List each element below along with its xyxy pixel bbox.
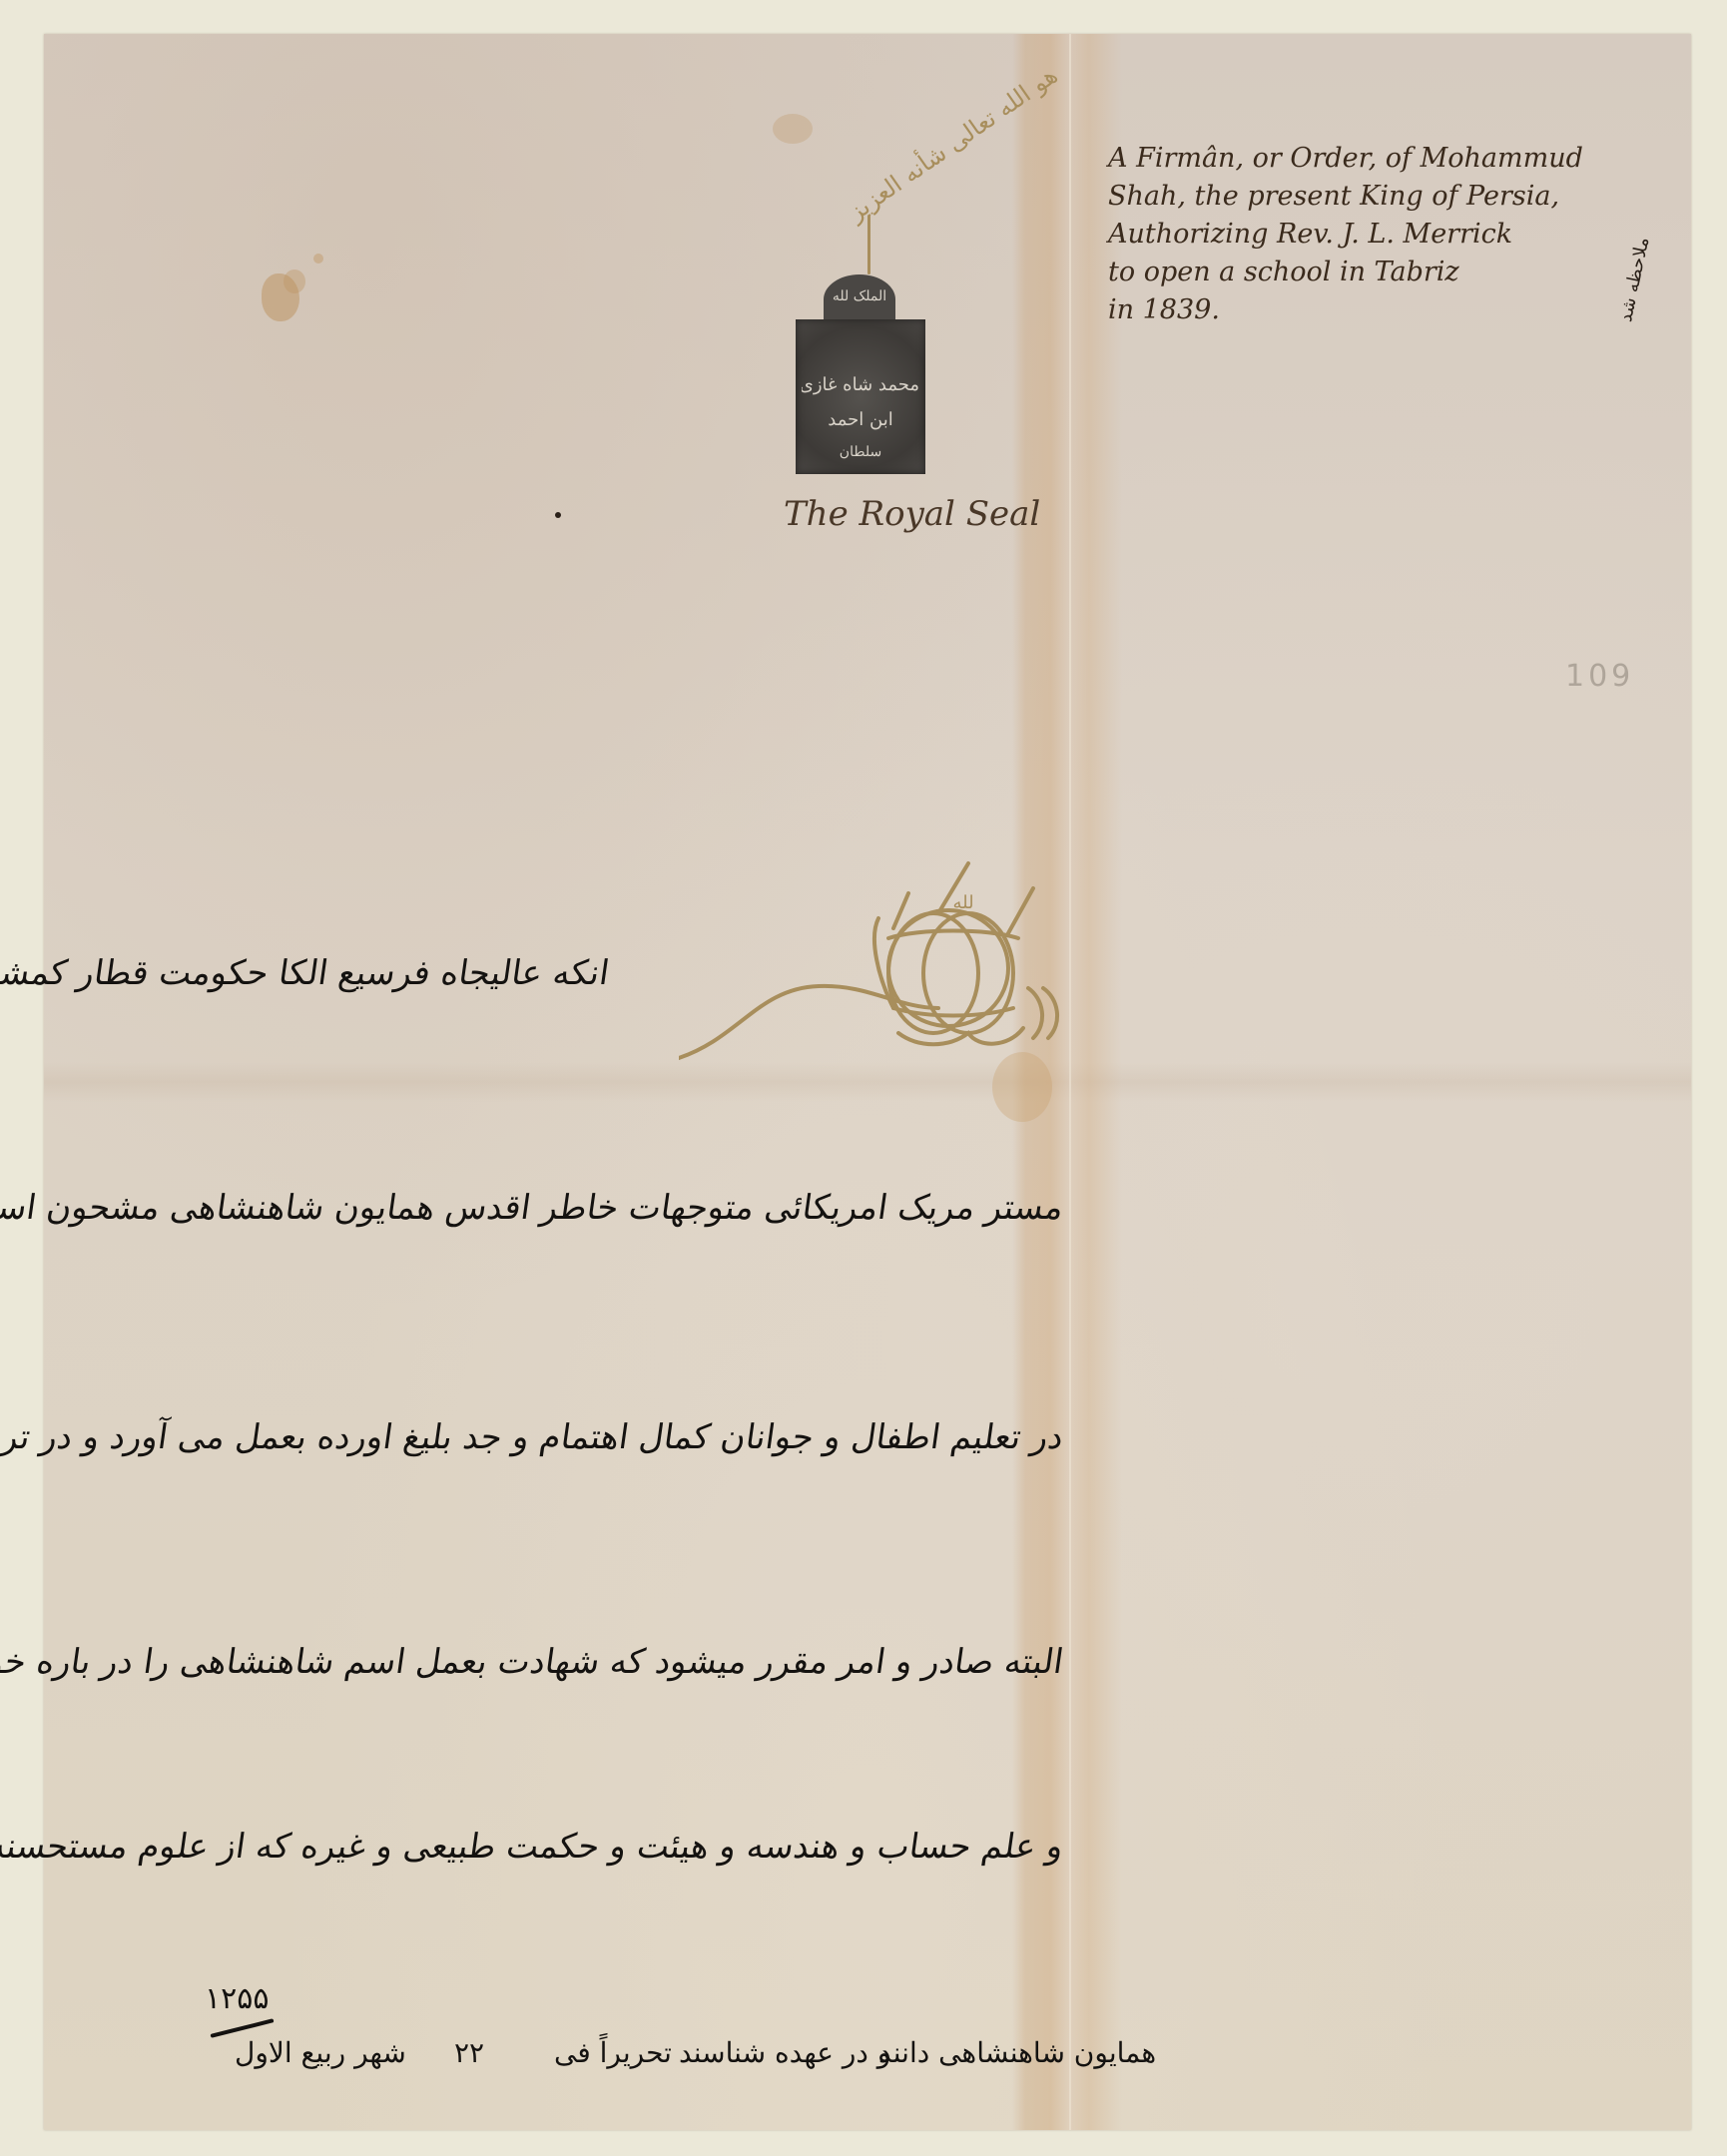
tughra-icon: لله [679, 858, 1078, 1068]
royal-seal-caption: The Royal Seal [784, 494, 1040, 534]
seal-crown: الملک لله [824, 274, 895, 324]
english-annotation: A Firmân, or Order, of Mohammud Shah, th… [1108, 140, 1627, 329]
footer-phrase: و در عهده شناسند [679, 2036, 890, 2069]
firman-text-line: البته صادر و امر مقرر میشود که شهادت بعم… [162, 1642, 1066, 1682]
firman-line-main: مستر مریک امریکائی متوجهات خاطر اقدس هما… [0, 1188, 1066, 1228]
seal-text-line: سلطان [802, 444, 919, 460]
ink-dot [555, 512, 561, 518]
water-stain [284, 269, 305, 293]
footer-month: شهر ربیع الاول [235, 2036, 406, 2069]
water-stain [313, 254, 323, 264]
royal-seal-stamp: الملک لله محمد شاه غازی ابن احمد سلطان [796, 274, 925, 479]
seal-crown-text: الملک لله [830, 288, 889, 304]
annotation-line: in 1839. [1108, 291, 1627, 329]
firman-line-main: انکه عالیجاه فرسیع الکا حکومت قطار کمشتا… [0, 953, 612, 993]
firman-text-line: و علم حساب و هندسه و هیئت و حکمت طبیعی و… [162, 1827, 1066, 1867]
firman-line-main: در تعلیم اطفال و جوانان کمال اهتمام و جد… [0, 1417, 1066, 1457]
hijri-year: ۱۲۵۵ [205, 1981, 269, 2016]
firman-text-line: مستر مریک امریکائی متوجهات خاطر اقدس هما… [162, 1188, 1066, 1228]
annotation-line: Authorizing Rev. J. L. Merrick [1108, 216, 1627, 254]
pencil-folio-number: 109 [1565, 659, 1634, 694]
annotation-line: to open a school in Tabriz [1108, 254, 1627, 291]
seal-body: محمد شاه غازی ابن احمد سلطان [796, 319, 925, 474]
annotation-line: Shah, the present King of Persia, [1108, 178, 1627, 216]
seal-text-line: محمد شاه غازی [802, 374, 919, 395]
firman-line-main: البته صادر و امر مقرر میشود که شهادت بعم… [0, 1642, 1066, 1682]
footer-day: ۲۲ [454, 2036, 484, 2069]
svg-text:لله: لله [952, 892, 973, 913]
tughra-monogram: لله [679, 858, 1078, 1068]
footer-phrase: همایون شاهنشاهی دانند [878, 2036, 1156, 2069]
firman-text-line: در تعلیم اطفال و جوانان کمال اهتمام و جد… [162, 1417, 1066, 1457]
firman-line-main: و علم حساب و هندسه و هیئت و حکمت طبیعی و… [0, 1827, 1066, 1867]
water-stain [773, 114, 813, 144]
vertical-fold-crease [1069, 34, 1071, 2130]
annotation-line: A Firmân, or Order, of Mohammud [1108, 140, 1627, 178]
invocation-stroke [867, 215, 870, 274]
scan-backdrop: A Firmân, or Order, of Mohammud Shah, th… [0, 0, 1727, 2156]
footer-phrase: تحریراً فی [554, 2036, 672, 2069]
firman-text-line: انکه عالیجاه فرسیع الکا حکومت قطار کمشتا… [167, 953, 612, 993]
seal-text-line: ابن احمد [802, 409, 919, 430]
